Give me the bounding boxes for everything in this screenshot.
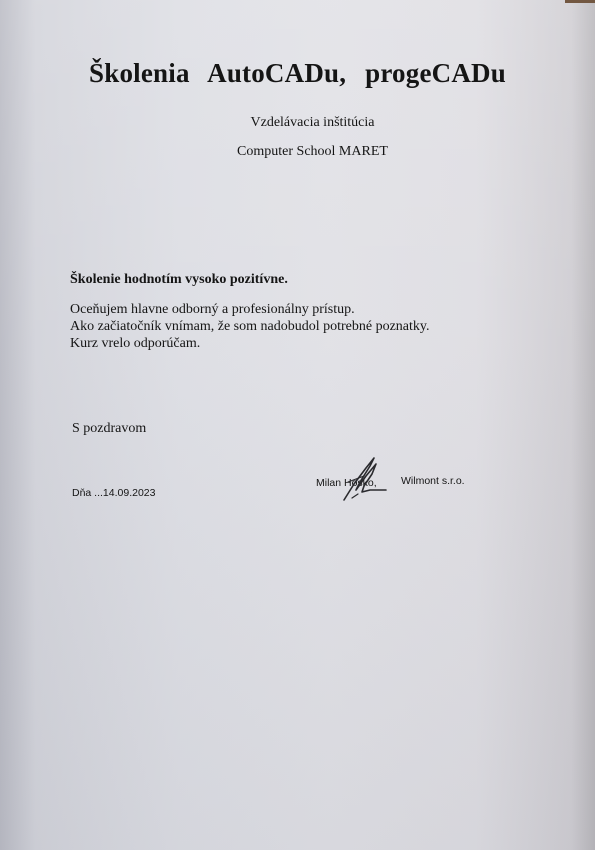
document-subtitle: Vzdelávacia inštitúcia [0,115,595,131]
document-title: Školenia AutoCADu, progeCADu [0,58,595,89]
closing-greeting: S pozdravom [72,421,146,437]
signature-icon [336,454,396,504]
company-name: Wilmont s.r.o. [401,475,465,487]
institution-name: Computer School MARET [0,144,595,160]
lead-statement: Školenie hodnotím vysoko pozitívne. [70,272,288,288]
body-line: Oceňujem hlavne odborný a profesionálny … [70,302,355,318]
body-line: Kurz vrelo odporúčam. [70,336,200,352]
background-corner [565,0,595,3]
body-line: Ako začiatočník vnímam, že som nadobudol… [70,319,430,335]
date-line: Dňa ...14.09.2023 [72,487,155,499]
